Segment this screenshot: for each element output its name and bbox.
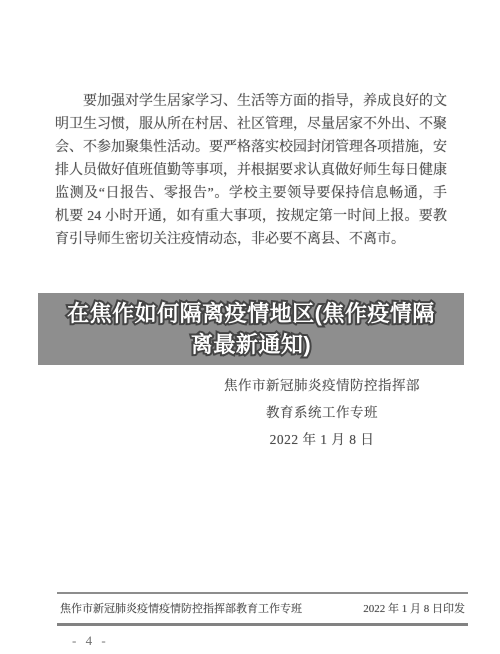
body-line: 育引导师生密切关注疫情动态，非必要不离县、不离市。 <box>55 228 447 251</box>
footer-issuer: 焦作市新冠肺炎疫情疫情防控指挥部教育工作专班 <box>60 600 302 616</box>
footer-bottom-rule <box>57 623 468 626</box>
body-paragraph: 要加强对学生居家学习、生活等方面的指导，养成良好的文 明卫生习惯，服从所在村居、… <box>55 90 447 251</box>
footer-issue-bar: 焦作市新冠肺炎疫情疫情防控指挥部教育工作专班 2022 年 1 月 8 日印发 <box>57 600 468 616</box>
footer-print-date: 2022 年 1 月 8 日印发 <box>363 600 465 616</box>
headline-title-line1: 在焦作如何隔离疫情地区(焦作疫情隔 <box>67 298 435 329</box>
body-line: 明卫生习惯，服从所在村居、社区管理，尽量居家不外出、不聚 <box>55 113 447 136</box>
body-line: 排人员做好值班值勤等事项，并根据要求认真做好师生每日健康 <box>55 159 447 182</box>
headline-overlay-band: 在焦作如何隔离疫情地区(焦作疫情隔 离最新通知) <box>38 293 464 365</box>
body-line: 要加强对学生居家学习、生活等方面的指导，养成良好的文 <box>55 90 447 113</box>
signature-date: 2022 年 1 月 8 日 <box>160 426 484 453</box>
signature-dept: 教育系统工作专班 <box>160 399 484 426</box>
scanned-notice-page: 要加强对学生居家学习、生活等方面的指导，养成良好的文 明卫生习惯，服从所在村居、… <box>0 0 500 654</box>
page-number: - 4 - <box>72 633 109 649</box>
headline-title-line2: 离最新通知) <box>191 329 311 360</box>
signature-org: 焦作市新冠肺炎疫情防控指挥部 <box>160 372 484 399</box>
body-line: 监测及“日报告、零报告”。学校主要领导要保持信息畅通，手 <box>55 182 447 205</box>
body-line: 机要 24 小时开通，如有重大事项，按规定第一时间上报。要教 <box>55 205 447 228</box>
body-line: 会、不参加聚集性活动。要严格落实校园封闭管理各项措施，安 <box>55 136 447 159</box>
signature-block: 焦作市新冠肺炎疫情防控指挥部 教育系统工作专班 2022 年 1 月 8 日 <box>160 372 484 453</box>
footer-top-rule <box>57 592 468 594</box>
